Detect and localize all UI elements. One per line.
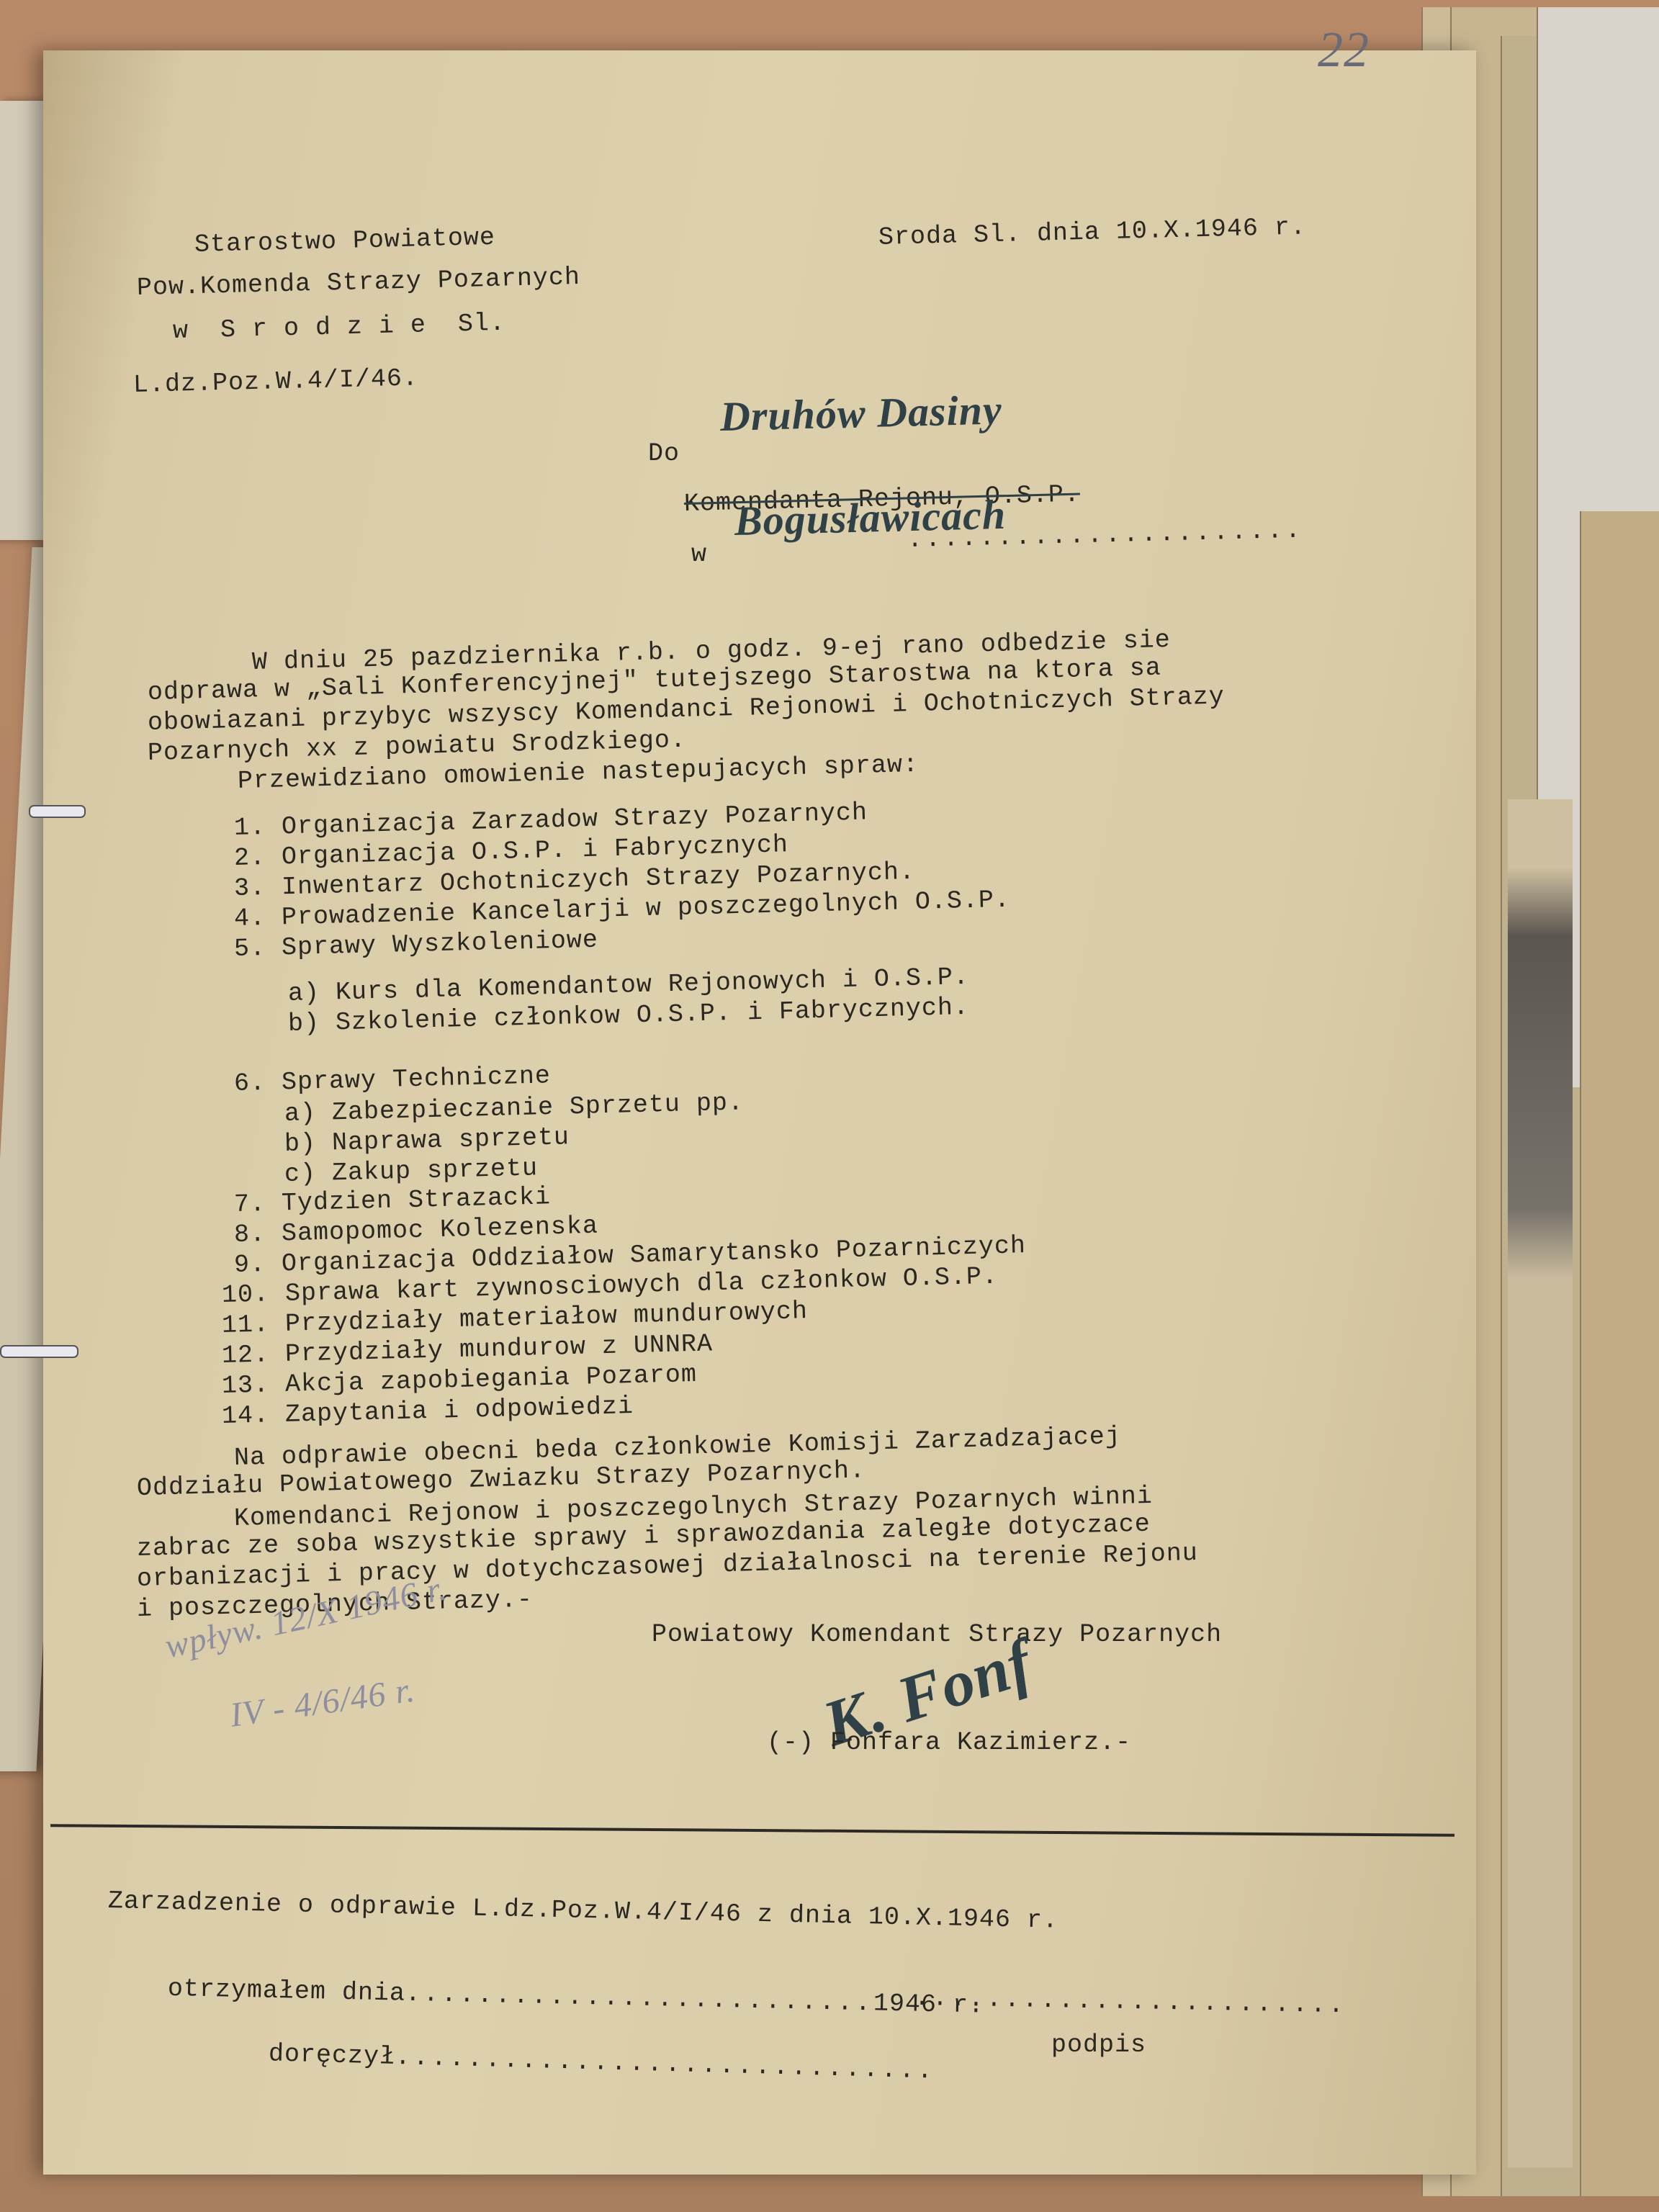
receipt-line1: Zarzadzenie o odprawie L.dz.Poz.W.4/I/46… [108,1887,1059,1935]
delivered-label: doręczył [268,2039,395,2072]
signature-title: Powiatowy Komendant Strazy Pozarnych [652,1620,1222,1649]
document-page: 22 Starostwo Powiatowe Pow.Komenda Straz… [43,50,1476,2175]
received-label: otrzymałem dnia [168,1974,406,2008]
binder-ring-icon [29,805,86,818]
addressee-handwritten-title: Druhów Dasiny [719,385,1002,441]
office-line-2: Pow.Komenda Strazy Pozarnych [137,263,581,302]
printed-sheet-edge [1508,799,1573,2167]
signature-label: podpis [1051,2031,1146,2059]
received-date-field: .......................... [405,1979,874,2018]
page-number: 22 [1318,22,1370,79]
place-date: Sroda Sl. dnia 10.X.1946 r. [878,212,1307,252]
receipt-line3: doręczył.............................. [204,2009,936,2115]
tear-off-divider [50,1824,1455,1837]
reference-number: L.dz.Poz.W.4/I/46. [133,364,419,400]
addressee-in-prefix: w [691,540,707,569]
binder-ring-icon [0,1345,78,1358]
signatory-name: (-) Fonfara Kazimierz.- [767,1728,1131,1757]
stacked-sheet [1580,511,1659,2196]
office-line-1: Starostwo Powiatowe [194,223,496,259]
office-line-3: w S r o d z i e Sl. [173,309,506,346]
agenda-item-6: 6. Sprawy Techniczne [234,1061,552,1098]
agenda-item-6b: b) Naprawa sprzetu [284,1123,570,1159]
addressee-prefix: Do [648,439,680,468]
pencil-receipt-note-line2: IV - 4/6/46 r. [228,1670,418,1735]
delivered-dotted-field: .............................. [395,2043,935,2086]
